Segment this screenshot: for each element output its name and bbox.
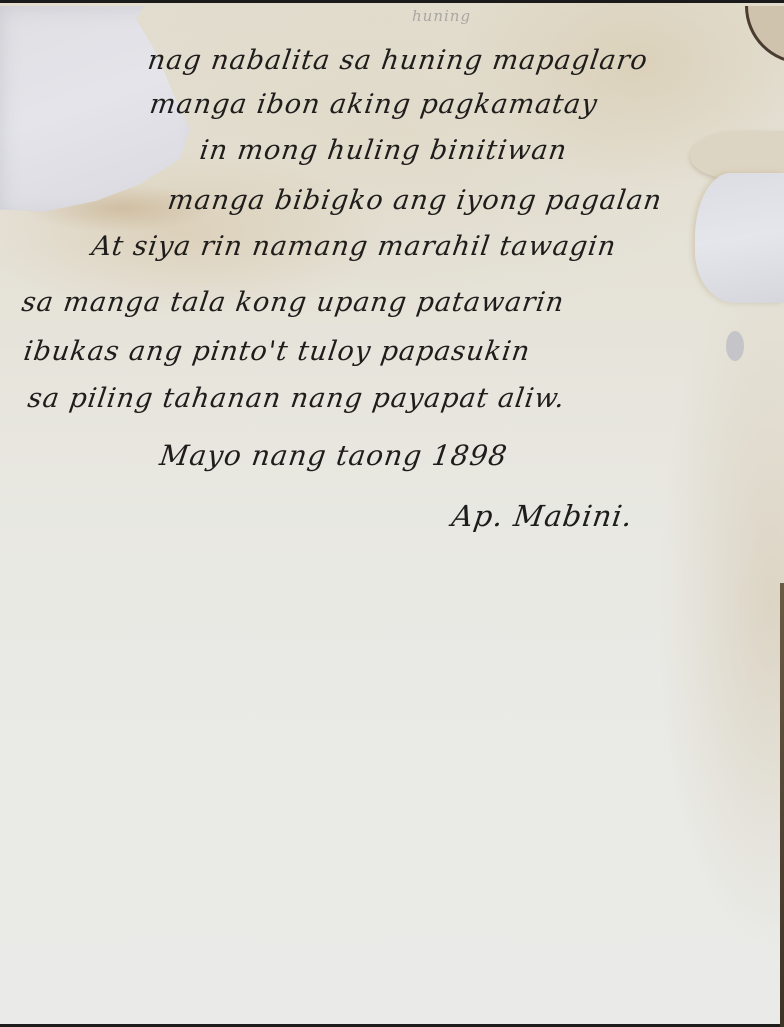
paper-hole [726, 331, 744, 361]
paper-flap [690, 131, 784, 179]
manuscript-page: huning nag nabalita sa huning mapaglaro … [0, 3, 784, 1024]
torn-edge-repair [695, 173, 784, 303]
verse-line-2: manga ibon aking pagkamatay [148, 89, 600, 120]
verse-line-1: nag nabalita sa huning mapaglaro [146, 45, 650, 76]
curled-corner [745, 6, 784, 64]
page-edge-shadow [780, 583, 784, 1024]
verse-line-5: At siya rin namang marahil tawagin [90, 231, 619, 262]
signature: Ap. Mabini. [450, 499, 636, 533]
verse-line-3: in mong huling binitiwan [198, 135, 569, 166]
verse-line-4: manga bibigko ang iyong pagalan [166, 185, 664, 216]
date-line: Mayo nang taong 1898 [158, 439, 510, 472]
verse-line-6: sa manga tala kong upang patawarin [20, 287, 567, 318]
verse-line-7: ibukas ang pinto't tuloy papasukin [22, 336, 533, 367]
pencil-annotation: huning [412, 7, 471, 25]
verse-line-8: sa piling tahanan nang payapat aliw. [26, 383, 567, 414]
